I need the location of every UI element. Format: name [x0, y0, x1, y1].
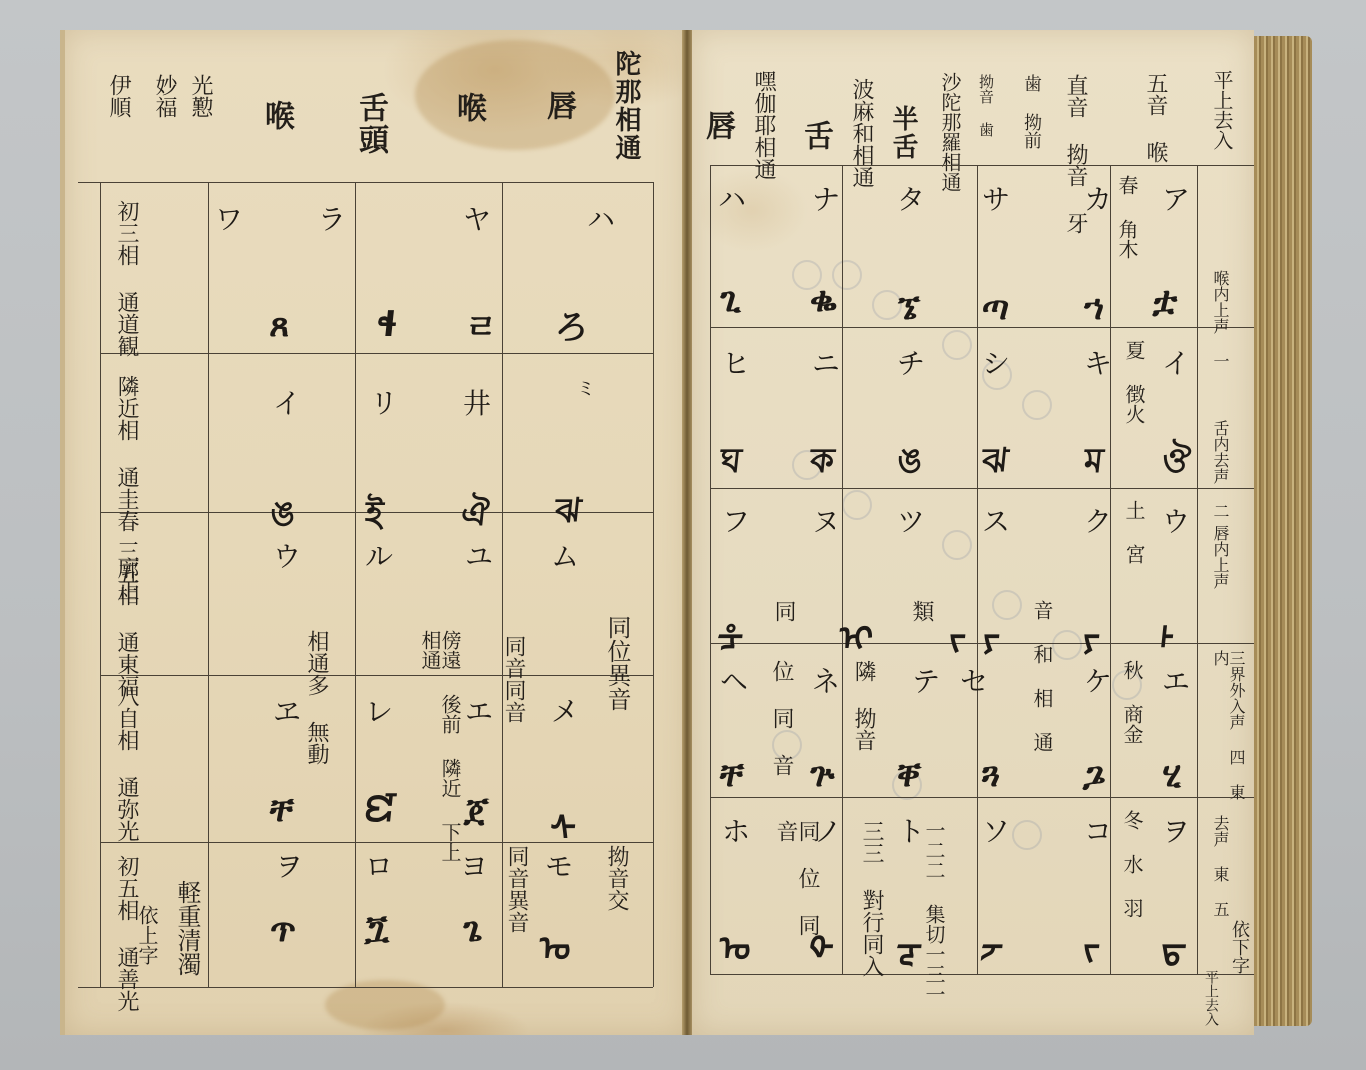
kana-cell: ミ [577, 375, 595, 401]
kana-cell: メ [551, 690, 579, 730]
annotation: 類 [910, 600, 932, 622]
table-rule [100, 675, 653, 676]
column-heading-note: 五音 喉 [1144, 72, 1166, 163]
kana-cell: ウ [273, 535, 301, 575]
siddham-glyph: ቷ [1152, 280, 1179, 320]
kana-cell: 井 [463, 382, 491, 422]
table-rule [100, 353, 653, 354]
annotation: 秋 商金 [1122, 660, 1142, 744]
siddham-glyph: ኀ [1082, 288, 1106, 328]
siddham-glyph: ᠵ [947, 600, 970, 660]
siddham-glyph: ঘ [717, 435, 744, 492]
right-page: 唇 嘿伽耶相通 舌 波麻和相通 半舌 沙陀那羅相通 拗音 歯 歯 拗前 直音 拗… [692, 30, 1254, 1035]
siddham-glyph: ኜ [895, 288, 921, 328]
table-rule [710, 797, 1255, 798]
row-side-note: 八自相 通弥光 [115, 685, 137, 842]
kana-cell: ワ [215, 198, 243, 238]
column-heading-lips: 唇 [543, 90, 573, 122]
siddham-glyph: ঙ [894, 435, 925, 492]
siddham-glyph: ቐ [895, 755, 922, 795]
row-side-note: 初三相 通道観 [115, 200, 137, 357]
siddham-glyph: ᠤ [537, 910, 575, 970]
table-rule [653, 182, 654, 987]
column-heading-tongue: 舌頭 [355, 92, 385, 156]
kana-cell: ヒ [722, 342, 750, 382]
table-rule [78, 182, 653, 183]
margin-note: 伊順 [107, 74, 129, 118]
row-side-note: 三五相 通東福 [115, 540, 137, 697]
siddham-glyph: ጓ [980, 755, 1003, 795]
siddham-glyph: ጸ [268, 305, 292, 345]
siddham-glyph: ক [807, 435, 837, 492]
siddham-glyph: ሂ [1160, 755, 1184, 795]
kana-cell: ヘ [720, 660, 748, 700]
kana-cell: ク [1084, 500, 1112, 540]
annotation: 相通多 無動 [305, 630, 327, 765]
kana-cell: エ [465, 690, 493, 730]
annotation: 同 [772, 600, 794, 622]
siddham-glyph: ろ [552, 300, 591, 349]
siddham-glyph: ᠶ [981, 600, 1004, 660]
siddham-glyph: ᡱ [715, 600, 747, 660]
siddham-glyph: ጕ [808, 755, 837, 795]
annotation: 傍遠 後前 隣近 下上 相通 [420, 630, 460, 880]
margin-note: 光懃 [189, 74, 211, 118]
column-heading-throat: 喉 [453, 92, 483, 124]
table-rule [842, 165, 843, 974]
siddham-glyph: ᡕ [1081, 910, 1104, 970]
siddham-glyph: ጀ [463, 790, 490, 830]
kana-cell: レ [365, 690, 393, 730]
siddham-glyph: ᡐ [807, 910, 838, 970]
footer-note: 平上去入 [1204, 970, 1218, 1026]
annotation: 春 角木 [1117, 175, 1137, 259]
kana-cell: ロ [365, 845, 393, 885]
annotation: 位 同 音 [770, 660, 792, 776]
row-side-note: 初五相 通善光 [115, 855, 137, 1012]
annotation: 隣 拗音 [852, 660, 874, 751]
kana-cell: キ [1084, 342, 1112, 382]
water-stain [415, 40, 615, 150]
kana-cell: フ [722, 500, 750, 540]
kana-cell: ユ [465, 535, 493, 575]
tone-note: 喉内上声 一 [1212, 270, 1228, 369]
siddham-glyph: ጣ [980, 288, 1011, 328]
siddham-glyph: ঝ [552, 485, 584, 542]
kana-cell: ケ [1084, 660, 1112, 700]
siddham-glyph: ᡰ [1159, 600, 1178, 660]
table-rule [100, 182, 101, 987]
show-through-circle [942, 330, 972, 360]
column-heading-note: 直音 拗音 牙 [1064, 74, 1086, 234]
siddham-glyph: ᘿ [363, 790, 399, 830]
siddham-glyph: ᠣ [717, 910, 755, 970]
kana-cell: ヲ [275, 845, 303, 885]
book-fore-edge [1254, 36, 1312, 1026]
kana-cell: ト [897, 810, 925, 850]
column-heading-half-tongue: 半舌 [890, 105, 916, 161]
table-rule [1197, 165, 1198, 974]
column-heading-note: 沙陀那羅相通 [940, 72, 960, 192]
table-rule [977, 165, 978, 974]
annotation: 冬 水 羽 [1122, 810, 1142, 918]
kana-cell: ヨ [460, 845, 488, 885]
column-heading-note: 嘿伽耶相通 [752, 70, 774, 180]
kana-cell: ネ [812, 660, 840, 700]
show-through-circle [1012, 820, 1042, 850]
show-through-circle [1022, 390, 1052, 420]
kana-cell: ホ [722, 810, 750, 850]
tone-note: 舌内去声 二 [1212, 420, 1228, 519]
kana-cell: カ [1084, 178, 1112, 218]
kana-cell: ヌ [812, 500, 840, 540]
kana-cell: ニ [812, 342, 840, 382]
siddham-glyph: ㄹ [462, 300, 500, 349]
kana-cell: ハ [718, 178, 746, 218]
kana-cell: タ [897, 178, 925, 218]
margin-note: 妙福 [153, 74, 175, 118]
annotation: 同位異音 [605, 615, 629, 711]
kana-cell: イ [1162, 342, 1190, 382]
kana-cell: エ [1162, 660, 1190, 700]
table-rule [710, 974, 1255, 975]
book-gutter [682, 30, 692, 1035]
table-rule [710, 165, 711, 974]
show-through-circle [942, 530, 972, 560]
table-rule [355, 182, 356, 987]
annotation: 土 宮 [1124, 500, 1144, 564]
siddham-glyph: ጊ [718, 280, 744, 320]
kana-cell: ソ [982, 810, 1010, 850]
kana-cell: ハ [587, 198, 615, 238]
siddham-glyph: ጔ [1082, 755, 1108, 795]
kana-cell: ラ [318, 198, 346, 238]
kana-cell: ヱ [273, 690, 301, 730]
footer-note: 依下字 [1230, 920, 1248, 974]
siddham-glyph: ጟ [363, 910, 392, 950]
kana-cell: セ [960, 660, 988, 700]
column-heading-note: 波麻和相通 [850, 78, 872, 188]
kana-cell: シ [982, 342, 1010, 382]
siddham-glyph: ᡔ [979, 910, 1007, 970]
table-rule [78, 987, 653, 988]
siddham-glyph: ঔ [1159, 435, 1193, 492]
siddham-glyph: ɬ [373, 305, 401, 345]
column-heading-note: 歯 拗前 [1022, 74, 1040, 149]
kana-cell: ア [1162, 178, 1190, 218]
siddham-glyph: ጥ [268, 910, 298, 950]
kana-cell: チ [897, 342, 925, 382]
column-heading-tongue: 舌 [800, 120, 830, 152]
kana-cell: ヲ [1162, 810, 1190, 850]
kana-cell: ム [551, 535, 579, 575]
kana-cell: ル [365, 535, 393, 575]
siddham-glyph: ቸ [718, 755, 746, 795]
siddham-glyph: ম [1081, 435, 1106, 492]
show-through-circle [842, 490, 872, 520]
kana-cell: ツ [897, 500, 925, 540]
annotation: 拗音交 [605, 845, 627, 911]
show-through-circle [1052, 630, 1082, 660]
kana-cell: ウ [1162, 500, 1190, 540]
siddham-glyph: ᡖ [1159, 910, 1191, 970]
left-title: 陀那相通 [613, 50, 639, 162]
table-rule [208, 182, 209, 987]
annotation: 夏 徴火 [1124, 340, 1144, 424]
column-heading-note: 拗音 歯 [978, 74, 993, 137]
table-rule [710, 165, 1255, 166]
kana-cell: コ [1084, 810, 1112, 850]
column-heading-throat-2: 喉 [261, 100, 291, 132]
siddham-glyph: ᠰ [548, 790, 580, 850]
tone-note: 三界外入声 四 東 内 [1212, 650, 1244, 810]
kana-cell: テ [912, 660, 940, 700]
siddham-glyph: ᡳ [837, 600, 877, 660]
footer-note: 依上字 [137, 905, 157, 965]
table-rule [1110, 165, 1111, 974]
kana-cell: イ [273, 382, 301, 422]
kana-cell: ナ [812, 178, 840, 218]
tone-note: 去声 東 五 [1212, 815, 1228, 917]
annotation: 同音同音 [502, 635, 524, 723]
annotation: 同音異音 [505, 845, 527, 995]
kana-cell: モ [545, 845, 573, 885]
footer-note: 軽重清濁 [175, 880, 199, 976]
tone-note: 唇内上声 [1212, 525, 1228, 589]
tone-heading: 平上去入 [1212, 70, 1232, 210]
kana-cell: ヤ [463, 198, 491, 238]
siddham-glyph: ቸ [268, 790, 296, 830]
left-page: 陀那相通 唇 喉 舌頭 喉 光懃 妙福 伊順 ハ ヤ ラ ワ ろ ㄹ ɬ ጸ 初… [60, 30, 687, 1035]
kana-cell: リ [370, 382, 398, 422]
book-spread: 陀那相通 唇 喉 舌頭 喉 光懃 妙福 伊順 ハ ヤ ラ ワ ろ ㄹ ɬ ጸ 初… [60, 30, 1330, 1038]
annotation: 三三 對行同入 [860, 820, 882, 1020]
siddham-glyph: ቈ [808, 280, 840, 320]
kana-cell: ス [982, 500, 1010, 540]
siddham-glyph: ጌ [461, 910, 485, 950]
siddham-glyph: ঝ [979, 435, 1011, 492]
kana-cell: サ [982, 178, 1010, 218]
annotation: 一二二 集切一三一 [924, 820, 944, 1030]
annotation: 音 和 相 通 [1032, 600, 1052, 752]
siddham-glyph: ᠶ [1081, 600, 1104, 660]
column-heading-lips: 唇 [702, 110, 732, 142]
